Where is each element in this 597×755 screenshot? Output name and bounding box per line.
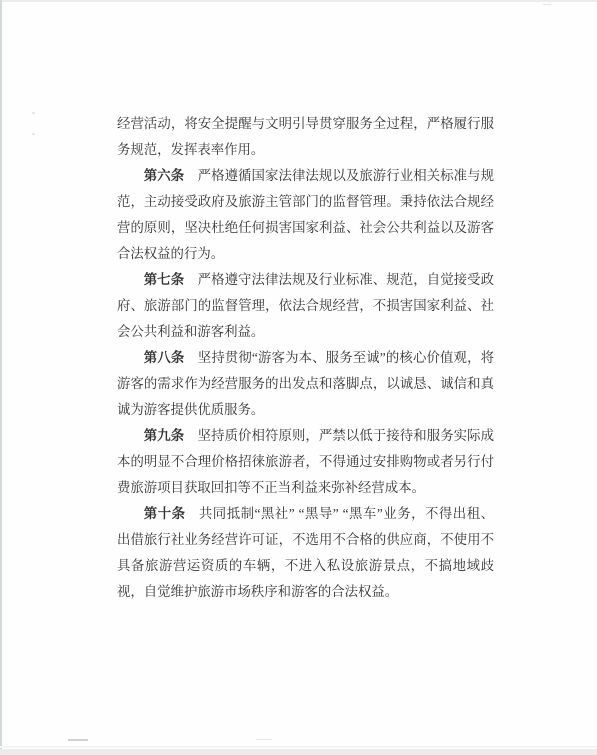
scanned-document-page: 经营活动，将安全提醒与文明引导贯穿服务全过程，严格履行服务规范，发挥表率作用。 … xyxy=(0,0,597,755)
paragraph-article-7: 第七条严格遵守法律法规及行业标准、规范，自觉接受政府、旅游部门的监督管理，依法合… xyxy=(117,267,494,345)
article-number: 第十条 xyxy=(144,506,186,521)
article-number: 第九条 xyxy=(144,428,184,443)
paragraph-continuation: 经营活动，将安全提醒与文明引导贯穿服务全过程，严格履行服务规范，发挥表率作用。 xyxy=(117,111,494,163)
scan-edge-left xyxy=(0,0,2,755)
scan-artifact-dash xyxy=(68,739,88,741)
paragraph-article-9: 第九条坚持质价相符原则，严禁以低于接待和服务实际成本的明显不合理价格招徕旅游者，… xyxy=(117,423,494,501)
scan-edge-bottom xyxy=(0,749,597,755)
paragraph-article-6: 第六条严格遵循国家法律法规以及旅游行业相关标准与规范，主动接受政府及旅游主管部门… xyxy=(117,163,494,267)
paragraph-article-8: 第八条坚持贯彻“游客为本、服务至诚”的核心价值观，将游客的需求作为经营服务的出发… xyxy=(117,345,494,423)
scan-edge-top xyxy=(0,0,597,2)
scan-artifact-speck xyxy=(32,112,35,114)
article-number: 第六条 xyxy=(144,168,184,183)
article-number: 第八条 xyxy=(144,350,185,365)
paragraph-text: 经营活动，将安全提醒与文明引导贯穿服务全过程，严格履行服务规范，发挥表率作用。 xyxy=(117,116,494,157)
page-bottom-shadow xyxy=(0,746,597,748)
scan-artifact-dots xyxy=(256,739,272,740)
article-number: 第七条 xyxy=(144,272,184,287)
document-body: 经营活动，将安全提醒与文明引导贯穿服务全过程，严格履行服务规范，发挥表率作用。 … xyxy=(117,111,494,605)
scan-artifact-speck xyxy=(32,133,35,135)
paragraph-article-10: 第十条共同抵制“黑社” “黑导” “黑车”业务，不得出租、出借旅行社业务经营许可… xyxy=(117,501,494,605)
scan-artifact-mark xyxy=(543,4,551,5)
